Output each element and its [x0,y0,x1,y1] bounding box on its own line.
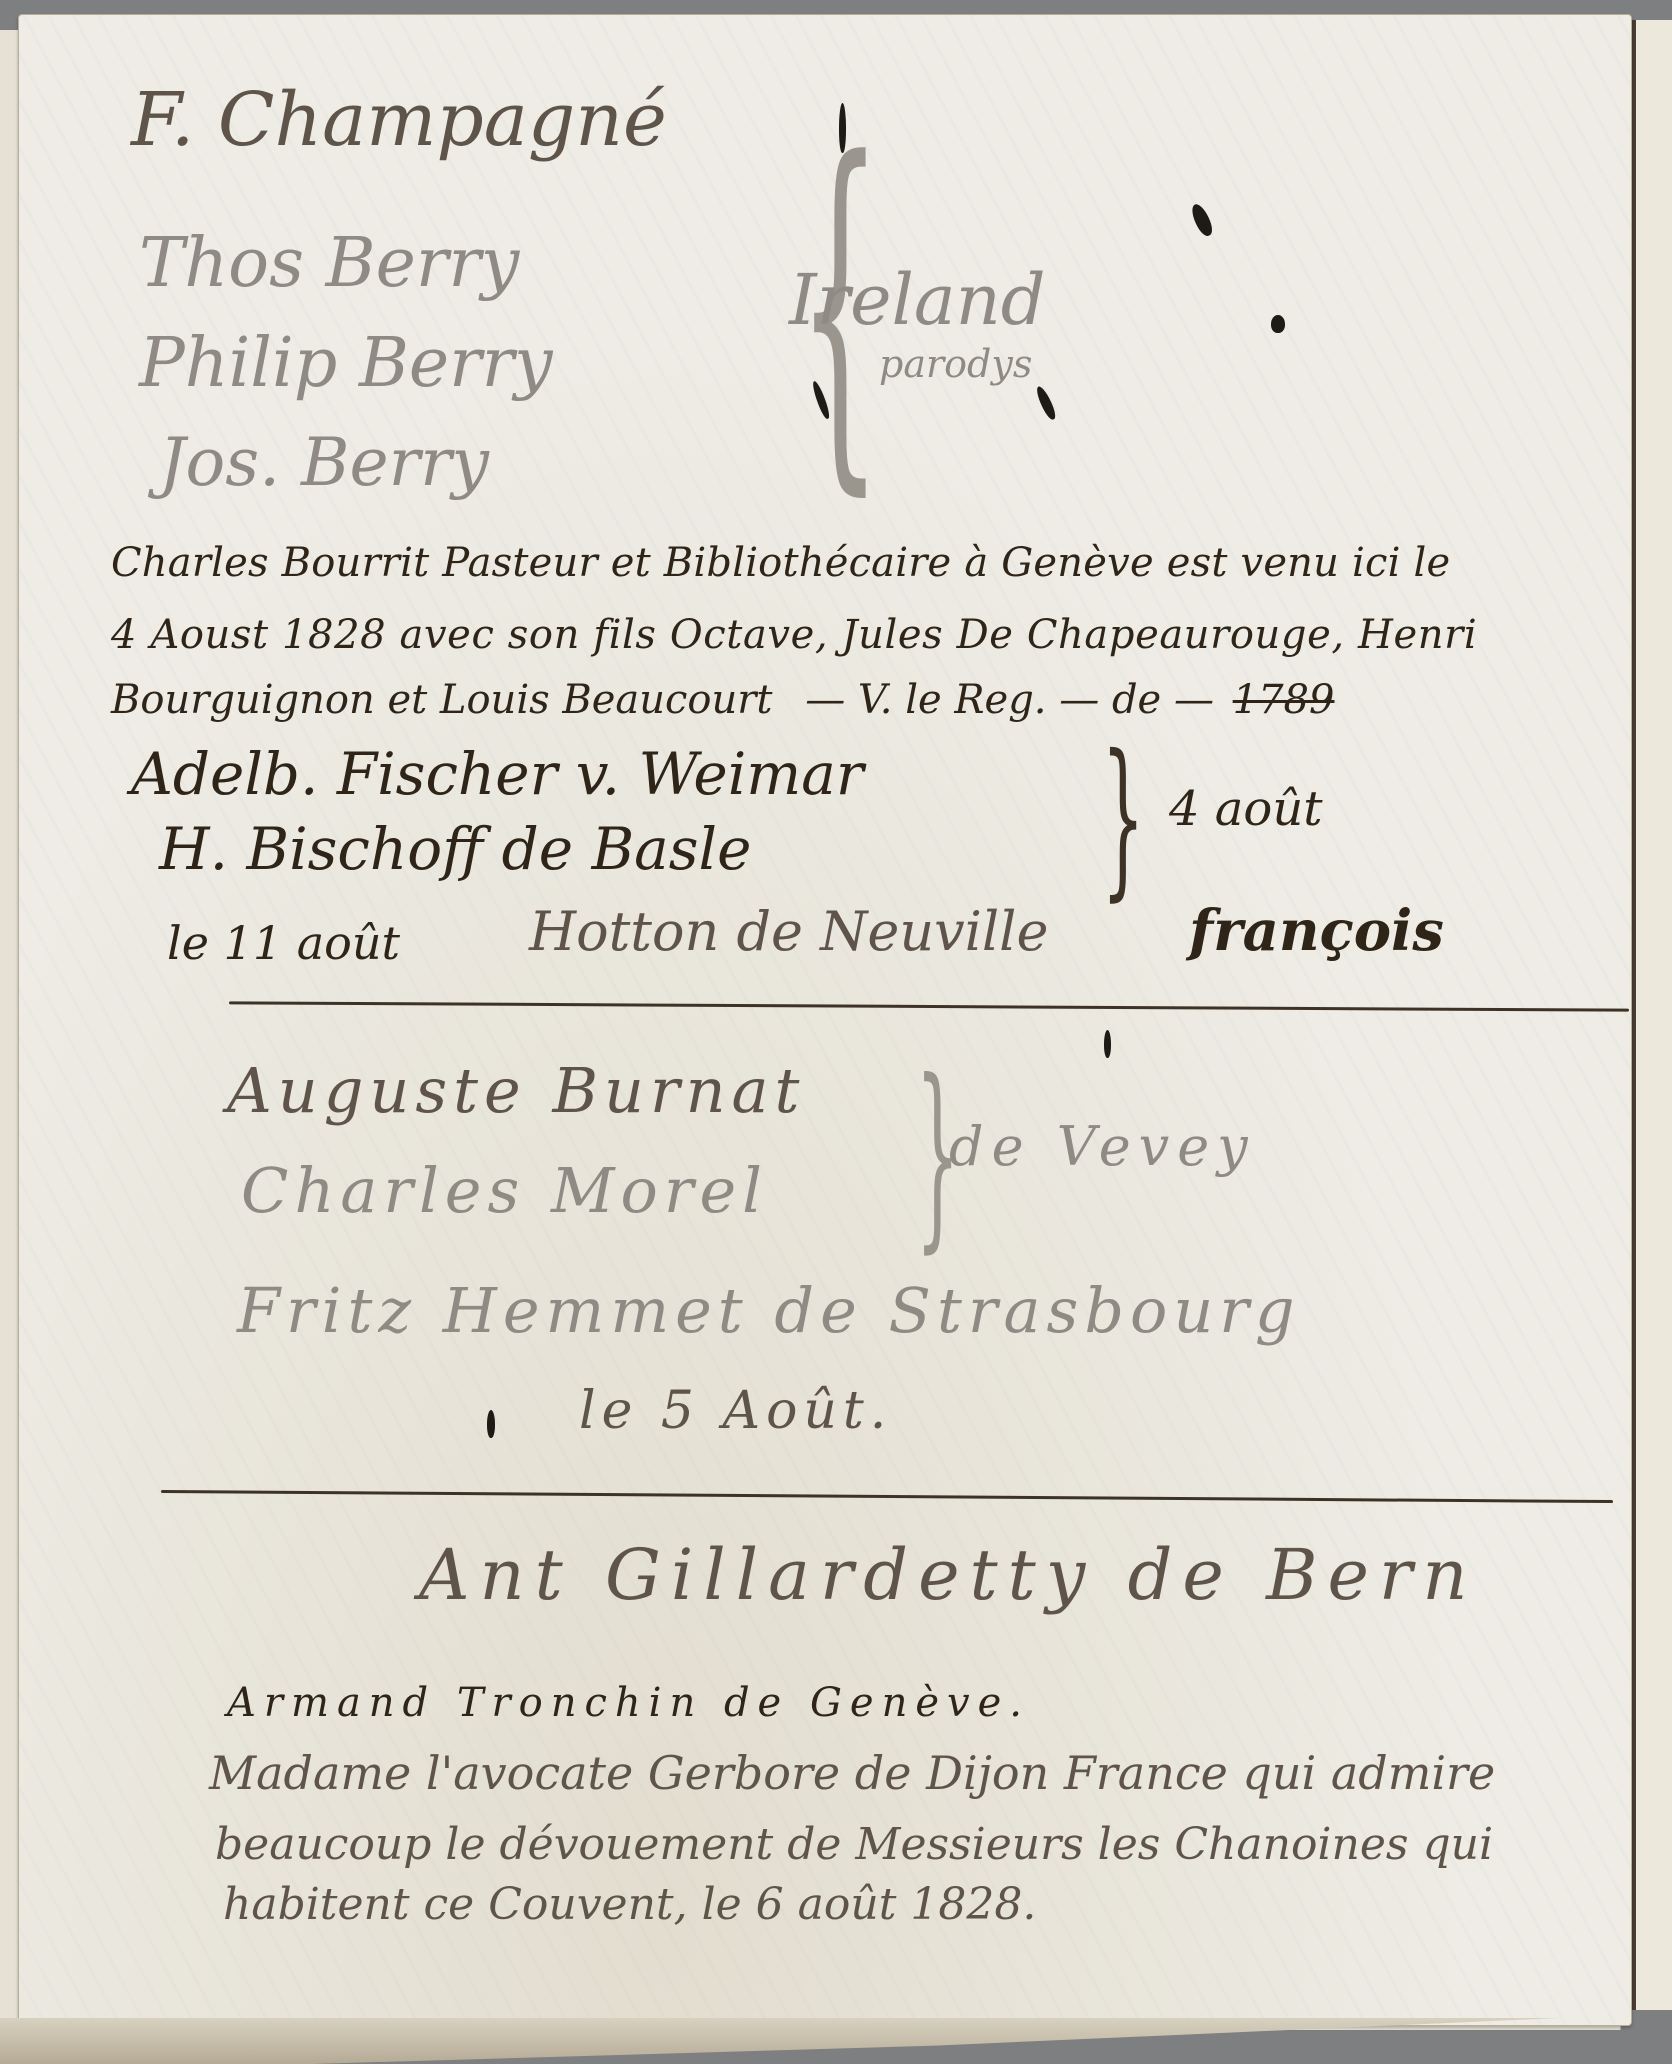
name-hotton: Hotton de Neuville [529,905,1048,959]
ink-blot [1188,202,1215,239]
name-bischoff: H. Bischoff de Basle [159,820,751,878]
ink-blot [1104,1030,1111,1058]
name-morel: Charles Morel [241,1160,768,1222]
gerbore-line-2: beaucoup le dévouement de Messieurs les … [215,1823,1493,1867]
bourrit-names: Bourguignon et Louis Beaucourt [111,677,772,723]
date-5-aout: le 5 Août. [579,1385,892,1437]
divider-rule [229,1001,1629,1011]
name-thos-berry: Thos Berry [139,230,519,298]
bourrit-line-3: Bourguignon et Louis Beaucourt — V. le R… [111,680,1334,720]
bourrit-crossref: — V. le Reg. — de — [805,677,1214,723]
nationality-francois: françois [1189,903,1444,959]
page-bottom-edge [0,2018,1560,2064]
name-jos-berry: Jos. Berry [159,430,489,496]
note-parodys: parodys [879,345,1032,383]
facing-page-edge [1632,20,1672,2010]
divider-rule [161,1490,1613,1503]
name-tronchin: Armand Tronchin de Genève. [227,1683,1030,1723]
bourrit-struck-year: 1789 [1233,677,1335,723]
bourrit-line-1: Charles Bourrit Pasteur et Bibliothécair… [111,543,1450,583]
name-philip-berry: Philip Berry [139,330,553,398]
place-vevey: de Vevey [949,1120,1256,1174]
ink-blot [487,1410,495,1438]
name-burnat: Auguste Burnat [227,1060,805,1122]
ink-blot [839,103,846,153]
manuscript-page: F. Champagné Thos Berry Philip Berry Jos… [18,14,1632,2026]
bourrit-line-2: 4 Aoust 1828 avec son fils Octave, Jules… [111,615,1477,655]
ink-blot [1271,315,1285,333]
date-4-aout: 4 août [1169,785,1323,833]
ink-blot [1034,385,1058,422]
gerbore-line-3: habitent ce Couvent, le 6 août 1828. [223,1883,1036,1927]
date-11-aout: le 11 août [167,920,400,966]
name-champagne: F. Champagné [131,83,667,157]
brace-fischer-group: { [1101,733,1144,903]
gerbore-line-1: Madame l'avocate Gerbore de Dijon France… [209,1750,1495,1796]
name-gillardetty: Ant Gillardetty de Bern [419,1540,1477,1610]
name-fischer: Adelb. Fischer v. Weimar [131,745,864,803]
place-ireland: Ireland [789,265,1046,335]
name-hemmet: Fritz Hemmet de Strasbourg [237,1280,1301,1342]
